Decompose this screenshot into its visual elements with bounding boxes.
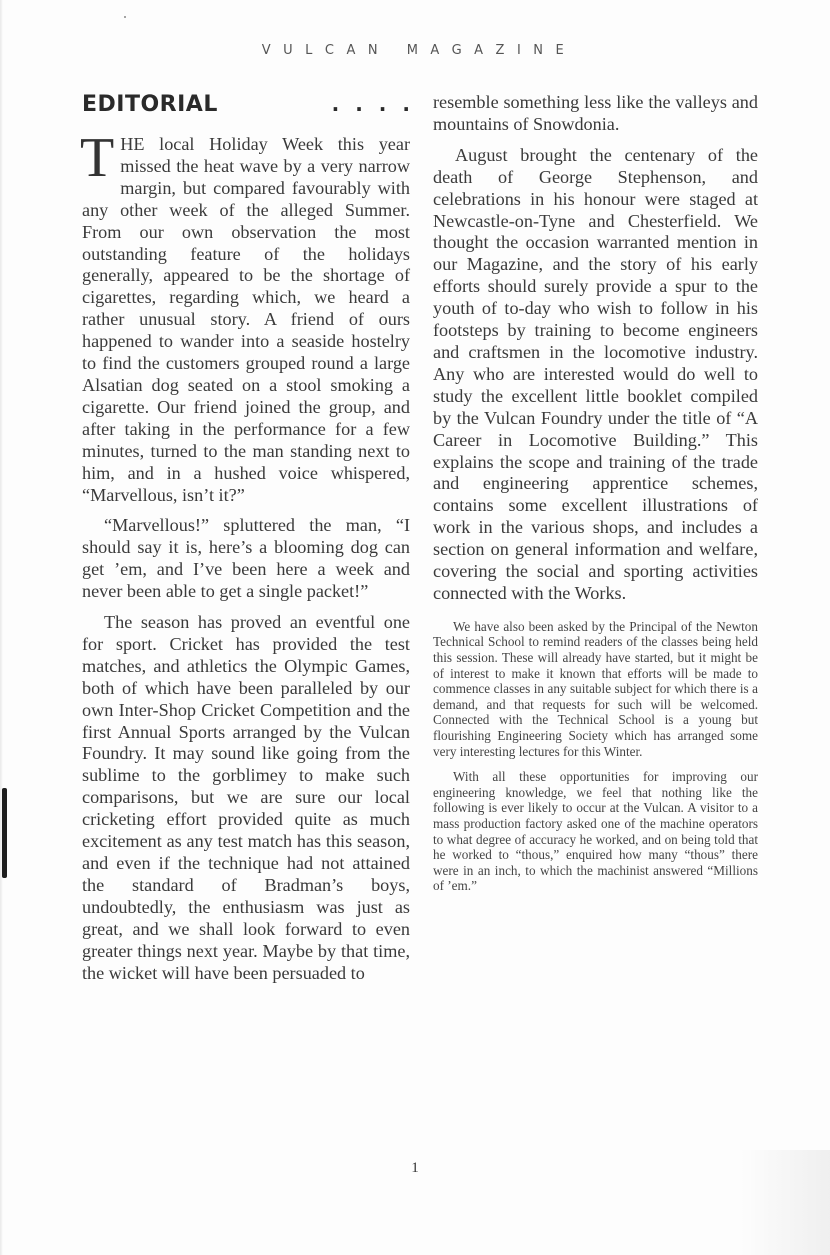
editorial-paragraph-stephenson: August brought the centenary of the deat… — [433, 145, 758, 605]
paragraph-text: HE local Holiday Week this year missed t… — [82, 134, 410, 505]
left-column: EDITORIAL .... THE local Holiday Week th… — [82, 92, 410, 984]
editorial-paragraph-3: The season has proved an eventful one fo… — [82, 612, 410, 984]
drop-cap: T — [80, 136, 114, 180]
editorial-paragraph-3-continued: resemble something less like the valleys… — [433, 92, 758, 136]
page-number: 1 — [0, 1160, 830, 1177]
heading-leader-dots: .... — [332, 92, 426, 116]
scan-edge-shadow — [0, 0, 3, 1255]
editorial-heading: EDITORIAL — [82, 92, 218, 117]
editorial-paragraph-2: “Marvellous!” spluttered the man, “I sho… — [82, 515, 410, 603]
magazine-page: VULCAN MAGAZINE EDITORIAL .... THE local… — [0, 0, 830, 1255]
editorial-note-thous-anecdote: With all these opportunities for improvi… — [433, 769, 758, 894]
editorial-note-technical-school: We have also been asked by the Principal… — [433, 619, 758, 759]
scan-speck — [124, 16, 126, 18]
right-column: resemble something less like the valleys… — [433, 92, 758, 894]
running-head: VULCAN MAGAZINE — [0, 43, 830, 58]
scan-binding-mark — [2, 788, 7, 878]
editorial-paragraph-1: THE local Holiday Week this year missed … — [82, 134, 410, 506]
editorial-heading-row: EDITORIAL .... — [82, 92, 410, 128]
